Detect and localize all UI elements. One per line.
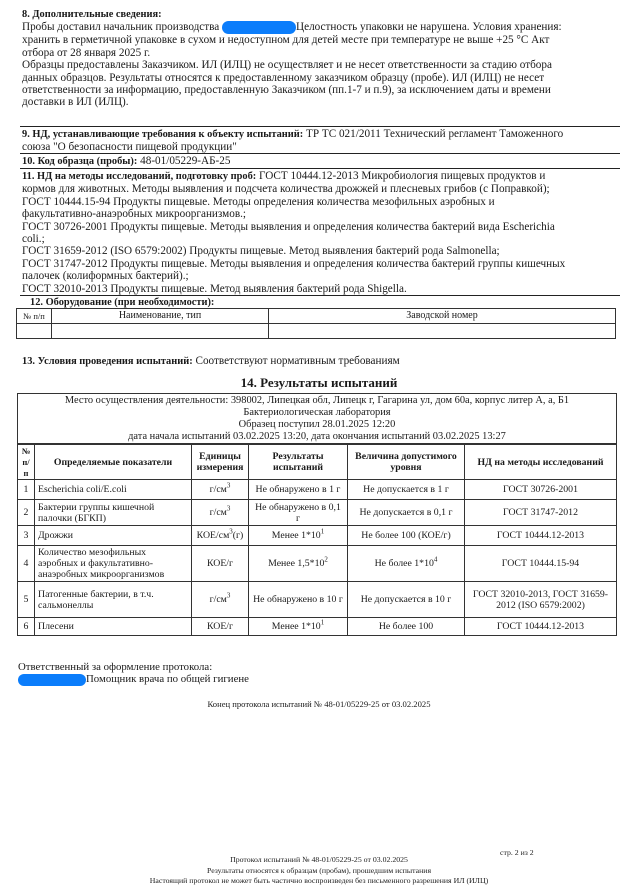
col-serial-header: Заводской номер: [269, 309, 616, 324]
row-number: 3: [18, 526, 35, 546]
method: ГОСТ 10444.12-2013: [465, 618, 617, 636]
limit: Не более 100: [348, 618, 465, 636]
responsible-label: Ответственный за оформление протокола:: [18, 661, 249, 673]
limit-text: Не более 1*10: [375, 558, 434, 569]
method-line: ГОСТ 31659-2012 (ISO 6579:2002) Продукты…: [22, 245, 622, 257]
table-row: 1 Escherichia coli/E.coli г/см3 Не обнар…: [18, 480, 617, 500]
table-row: 5 Патогенные бактерии, в т.ч. сальмонелл…: [18, 582, 617, 618]
unit: КОЕ/см3(г): [192, 526, 249, 546]
footer-protocol: Протокол испытаний № 48-01/05229-25 от 0…: [0, 855, 638, 866]
col-result-header: Результаты испытаний: [249, 445, 348, 480]
row-number: 4: [18, 546, 35, 582]
method-line: ГОСТ 10444.12-2013 Микробиология пищевых…: [256, 170, 545, 182]
equipment-header-row: № п/п Наименование, тип Заводской номер: [17, 309, 616, 324]
method-line: ГОСТ 31747-2012 Продукты пищевые. Методы…: [22, 258, 622, 270]
indicator: Количество мезофильных аэробных и факуль…: [35, 546, 192, 582]
divider: [20, 295, 620, 296]
method-line: ГОСТ 10444.15-94 Продукты пищевые. Метод…: [22, 196, 622, 208]
col-limit-header: Величина допустимого уровня: [348, 445, 465, 480]
method-line: палочек (колиформных бактерий).;: [22, 270, 622, 282]
results-title: 14. Результаты испытаний: [0, 377, 638, 389]
indicator: Патогенные бактерии, в т.ч. сальмонеллы: [35, 582, 192, 618]
limit: Не более 100 (КОЕ/г): [348, 526, 465, 546]
indicator: Плесени: [35, 618, 192, 636]
col-method-header: НД на методы исследований: [465, 445, 617, 480]
result: Менее 1,5*102: [249, 546, 348, 582]
results-header-row: № п/п Определяемые показатели Единицы из…: [18, 445, 617, 480]
limit: Не допускается в 10 г: [348, 582, 465, 618]
disclaimer-line-3: ответственности за информацию, предостав…: [22, 84, 622, 96]
result: Не обнаружено в 10 г: [249, 582, 348, 618]
storage-conditions-text: хранить в герметичной упаковке в сухом и…: [22, 34, 622, 46]
col-name-header: Наименование, тип: [52, 309, 269, 324]
sampling-act-text: отбора от 28 января 2025 г.: [22, 47, 622, 59]
result-exponent: 2: [324, 556, 328, 564]
test-conditions: Соответствуют нормативным требованиям: [193, 355, 400, 367]
unit-text: КОЕ/см: [197, 530, 230, 541]
unit: г/см3: [192, 582, 249, 618]
col-unit-header: Единицы измерения: [192, 445, 249, 480]
method: ГОСТ 30726-2001: [465, 480, 617, 500]
redacted-name: [222, 21, 296, 34]
section-11: 11. НД на методы исследований, подготовк…: [22, 170, 622, 295]
method-line: ГОСТ 30726-2001 Продукты пищевые. Методы…: [22, 221, 622, 233]
responsible-position: Помощник врача по общей гигиене: [86, 673, 249, 685]
footer-copyright-note: Настоящий протокол не может быть частичн…: [0, 876, 638, 887]
limit: Не допускается в 0,1 г: [348, 500, 465, 526]
section-8-title: 8. Дополнительные сведения:: [22, 9, 622, 21]
result-exponent: 1: [321, 619, 325, 627]
limit: Не допускается в 1 г: [348, 480, 465, 500]
footer: Протокол испытаний № 48-01/05229-25 от 0…: [0, 855, 638, 887]
results-table: № п/п Определяемые показатели Единицы из…: [17, 444, 617, 636]
unit-text: г/см: [210, 594, 227, 605]
disclaimer-line-4: доставки в ИЛ (ИЛЦ).: [22, 96, 622, 108]
packaging-text: Целостность упаковки не нарушена. Услови…: [296, 21, 562, 33]
section-9-label: 9. НД, устанавливающие требования к объе…: [22, 129, 303, 140]
unit: г/см3: [192, 500, 249, 526]
result: Менее 1*101: [249, 526, 348, 546]
end-of-protocol: Конец протокола испытаний № 48-01/05229-…: [0, 699, 638, 710]
section-8: 8. Дополнительные сведения: Пробы достав…: [22, 9, 622, 109]
unit: г/см3: [192, 480, 249, 500]
section-9-value-cont: союза "О безопасности пищевой продукции": [22, 141, 622, 153]
unit: КОЕ/г: [192, 546, 249, 582]
table-row: 2 Бактерии группы кишечной палочки (БГКП…: [18, 500, 617, 526]
sample-received: Образец поступил 28.01.2025 12:20: [18, 419, 616, 431]
result: Менее 1*101: [249, 618, 348, 636]
unit-exponent: 3: [227, 592, 231, 600]
sample-code: 48-01/05229-АБ-25: [137, 155, 230, 167]
cell: [269, 324, 616, 339]
section-13: 13. Условия проведения испытаний: Соотве…: [22, 355, 400, 368]
limit: Не более 1*104: [348, 546, 465, 582]
redacted-name: [18, 674, 86, 686]
unit-exponent: 3: [227, 482, 231, 490]
equipment-row: [17, 324, 616, 339]
result: Не обнаружено в 1 г: [249, 480, 348, 500]
section-13-label: 13. Условия проведения испытаний:: [22, 356, 193, 367]
disclaimer-line-2: данных образцов. Результаты относятся к …: [22, 72, 622, 84]
cell: [52, 324, 269, 339]
row-number: 6: [18, 618, 35, 636]
row-number: 2: [18, 500, 35, 526]
method-line: факультативно-анаэробных микроорганизмов…: [22, 208, 622, 220]
divider: [20, 168, 620, 169]
result-text: Менее 1*10: [272, 621, 321, 632]
col-number-header: № п/п: [18, 445, 35, 480]
method-line: ГОСТ 32010-2013 Продукты пищевые. Метод …: [22, 283, 622, 295]
footer-results-note: Результаты относятся к образцам (пробам)…: [0, 866, 638, 877]
result-text: Менее 1*10: [272, 530, 321, 541]
section-9: 9. НД, устанавливающие требования к объе…: [22, 128, 622, 154]
section-8-line1: Пробы доставил начальник производства Це…: [22, 21, 622, 34]
result-text: Менее 1,5*10: [268, 558, 324, 569]
equipment-table: № п/п Наименование, тип Заводской номер: [16, 308, 616, 339]
table-row: 4 Количество мезофильных аэробных и факу…: [18, 546, 617, 582]
table-row: 3 Дрожжи КОЕ/см3(г) Менее 1*101 Не более…: [18, 526, 617, 546]
unit: КОЕ/г: [192, 618, 249, 636]
row-number: 5: [18, 582, 35, 618]
disclaimer-line-1: Образцы предоставлены Заказчиком. ИЛ (ИЛ…: [22, 59, 622, 71]
method-line: кормов для животных. Методы выявления и …: [22, 183, 622, 195]
section-9-value: ТР ТС 021/2011 Технический регламент Там…: [303, 128, 563, 140]
divider: [20, 126, 620, 127]
result-exponent: 1: [321, 528, 325, 536]
section-10: 10. Код образца (пробы): 48-01/05229-АБ-…: [22, 155, 622, 168]
unit-exponent: 3: [227, 505, 231, 513]
row-number: 1: [18, 480, 35, 500]
indicator: Бактерии группы кишечной палочки (БГКП): [35, 500, 192, 526]
method: ГОСТ 32010-2013, ГОСТ 31659-2012 (ISO 65…: [465, 582, 617, 618]
method: ГОСТ 10444.12-2013: [465, 526, 617, 546]
method-line: coli.;: [22, 233, 622, 245]
col-number-header: № п/п: [17, 309, 52, 324]
unit-text: г/см: [210, 484, 227, 495]
laboratory-name: Бактериологическая лаборатория: [18, 407, 616, 419]
cell: [17, 324, 52, 339]
method: ГОСТ 10444.15-94: [465, 546, 617, 582]
table-row: 6 Плесени КОЕ/г Менее 1*101 Не более 100…: [18, 618, 617, 636]
section-10-label: 10. Код образца (пробы):: [22, 156, 137, 167]
responsible-block: Ответственный за оформление протокола: П…: [18, 661, 249, 686]
divider: [20, 153, 620, 154]
limit-exponent: 4: [434, 556, 438, 564]
activity-place: Место осуществления деятельности: 398002…: [18, 395, 616, 407]
results-info-box: Место осуществления деятельности: 398002…: [17, 393, 617, 444]
method: ГОСТ 31747-2012: [465, 500, 617, 526]
indicator: Дрожжи: [35, 526, 192, 546]
unit-tail: (г): [233, 530, 244, 541]
result: Не обнаружено в 0,1 г: [249, 500, 348, 526]
delivered-by-text: Пробы доставил начальник производства: [22, 21, 219, 33]
section-11-label: 11. НД на методы исследований, подготовк…: [22, 171, 256, 182]
col-indicator-header: Определяемые показатели: [35, 445, 192, 480]
test-dates: дата начала испытаний 03.02.2025 13:20, …: [18, 431, 616, 443]
indicator: Escherichia coli/E.coli: [35, 480, 192, 500]
unit-text: г/см: [210, 507, 227, 518]
